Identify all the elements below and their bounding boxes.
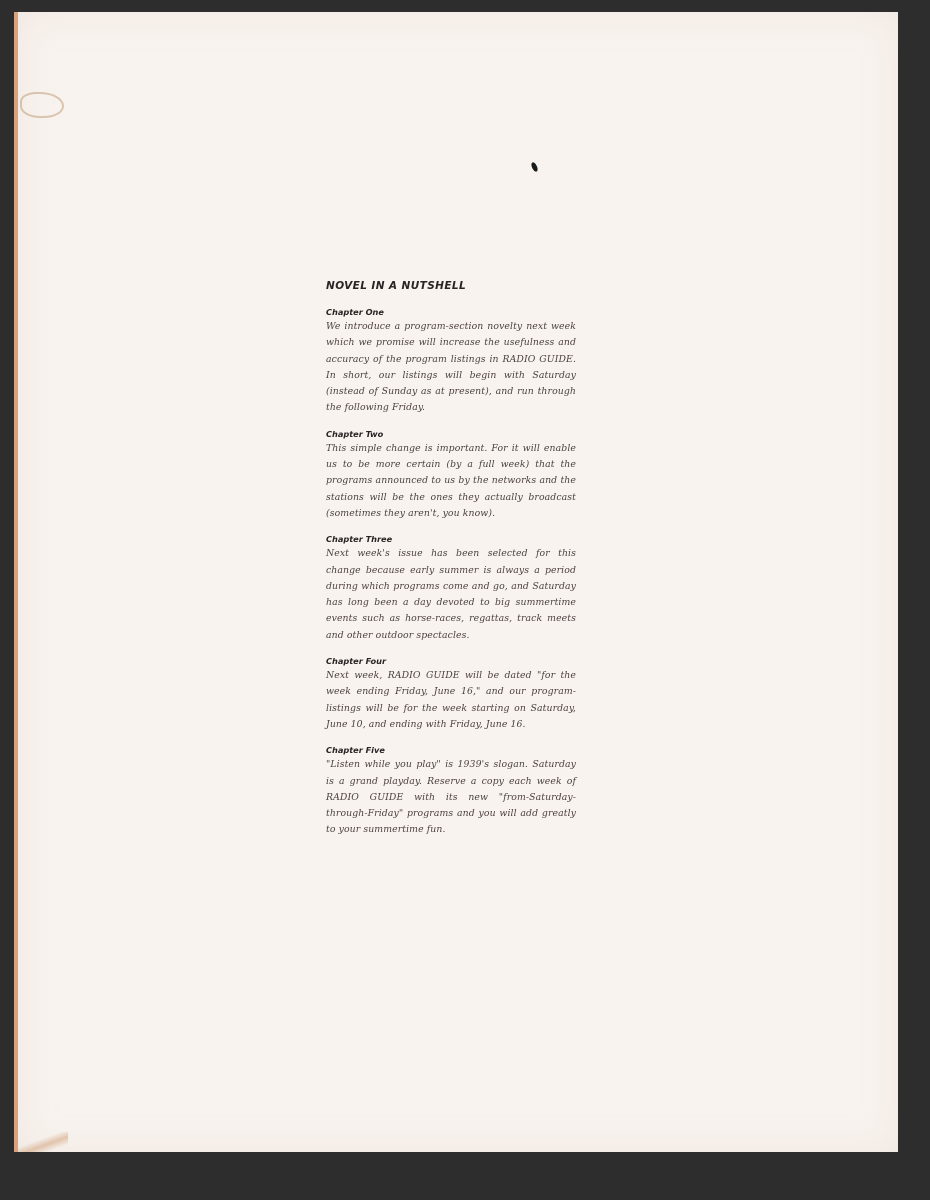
chapter-title: Chapter Two xyxy=(326,429,576,439)
chapter-title: Chapter One xyxy=(326,307,576,317)
chapter-four: Chapter Four Next week, RADIO GUIDE will… xyxy=(326,656,576,733)
ink-speck xyxy=(530,161,539,172)
chapter-body: We introduce a program-section novelty n… xyxy=(326,319,576,417)
chapter-body: Next week, RADIO GUIDE will be dated "fo… xyxy=(326,668,576,733)
chapter-body: "Listen while you play" is 1939's slogan… xyxy=(326,757,576,838)
chapter-five: Chapter Five "Listen while you play" is … xyxy=(326,745,576,838)
chapter-three: Chapter Three Next week's issue has been… xyxy=(326,534,576,644)
novel-in-a-nutshell-article: NOVEL IN A NUTSHELL Chapter One We intro… xyxy=(326,280,576,851)
chapter-title: Chapter Five xyxy=(326,745,576,755)
paper-stain xyxy=(20,92,64,118)
chapter-two: Chapter Two This simple change is import… xyxy=(326,429,576,522)
chapter-one: Chapter One We introduce a program-secti… xyxy=(326,307,576,417)
article-headline: NOVEL IN A NUTSHELL xyxy=(326,280,576,292)
chapter-title: Chapter Four xyxy=(326,656,576,666)
scanned-page-background: NOVEL IN A NUTSHELL Chapter One We intro… xyxy=(0,0,930,1200)
chapter-body: This simple change is important. For it … xyxy=(326,441,576,522)
corner-fold xyxy=(18,1132,68,1152)
chapter-body: Next week's issue has been selected for … xyxy=(326,546,576,644)
chapter-title: Chapter Three xyxy=(326,534,576,544)
